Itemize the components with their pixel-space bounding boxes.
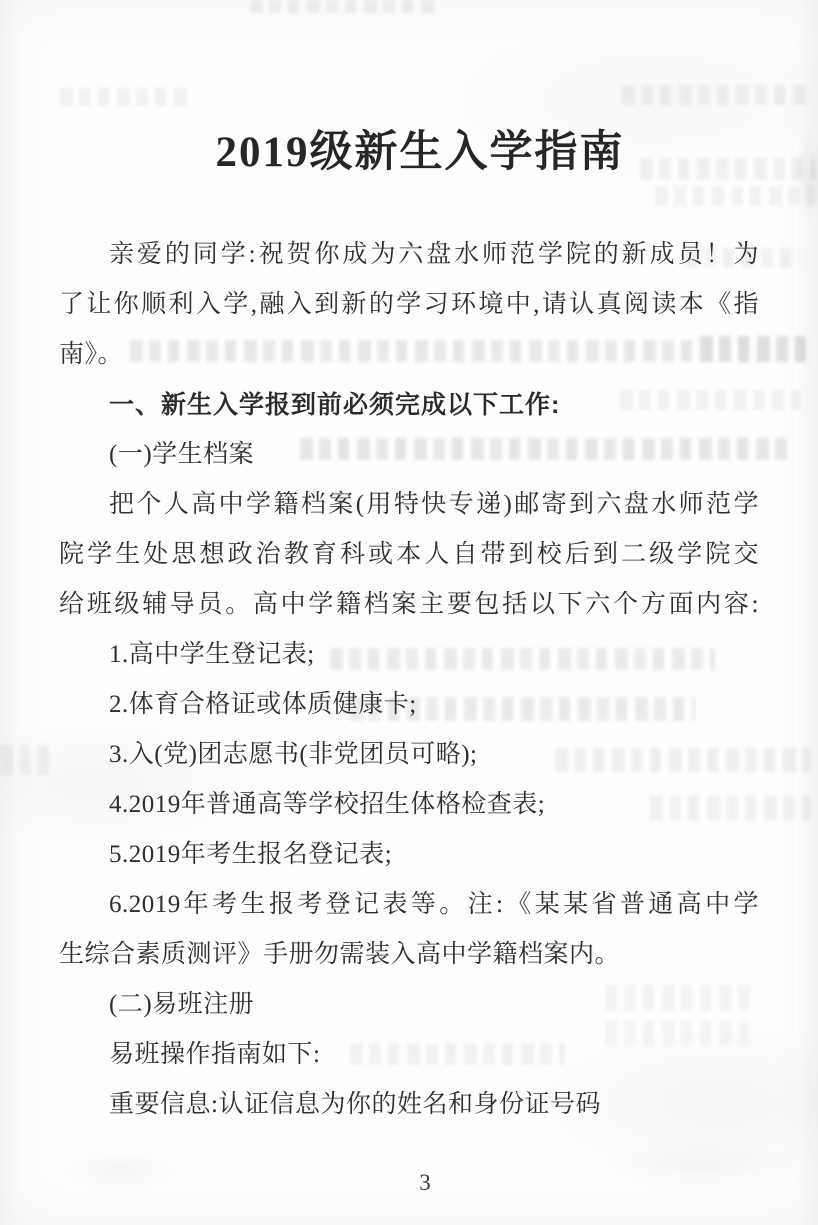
doc-line: 5.2019年考生报名登记表; [59,830,759,880]
section-heading: 一、新生入学报到前必须完成以下工作: [59,380,759,430]
doc-line: 易班操作指南如下: [59,1030,759,1080]
doc-line: 4.2019年普通高等学校招生体格检查表; [59,780,759,830]
bleedthrough-artifact [622,85,812,105]
doc-line: 1.高中学生登记表; [59,630,759,680]
doc-line: 6.2019年考生报考登记表等。注:《某某省普通高中学 [59,880,759,930]
doc-line: 生综合素质测评》手册勿需装入高中学籍档案内。 [59,930,759,980]
doc-line: 3.入(党)团志愿书(非党团员可略); [59,730,759,780]
scanned-document-page: 2019级新生入学指南 亲爱的同学:祝贺你成为六盘水师范学院的新成员！为 了让你… [0,0,818,1225]
doc-line: 亲爱的同学:祝贺你成为六盘水师范学院的新成员！为 [59,230,759,280]
page-title: 2019级新生入学指南 [11,118,818,179]
doc-line: (二)易班注册 [59,980,759,1030]
bleedthrough-artifact [0,745,55,775]
document-body: 亲爱的同学:祝贺你成为六盘水师范学院的新成员！为 了让你顺利入学,融入到新的学习… [59,230,759,1130]
page-number: 3 [16,1170,818,1196]
bleedthrough-artifact [655,186,815,206]
doc-line: 院学生处思想政治教育科或本人自带到校后到二级学院交 [59,530,759,580]
doc-line: 重要信息:认证信息为你的姓名和身份证号码 [59,1080,759,1130]
bleedthrough-artifact [250,0,440,13]
doc-line: 2.体育合格证或体质健康卡; [59,680,759,730]
doc-line: 把个人高中学籍档案(用特快专递)邮寄到六盘水师范学 [59,480,759,530]
doc-line: (一)学生档案 [59,430,759,480]
doc-line: 南》。 [59,330,759,380]
doc-line: 了让你顺利入学,融入到新的学习环境中,请认真阅读本《指 [59,280,759,330]
doc-line: 给班级辅导员。高中学籍档案主要包括以下六个方面内容: [59,580,759,630]
bleedthrough-artifact [60,88,190,106]
